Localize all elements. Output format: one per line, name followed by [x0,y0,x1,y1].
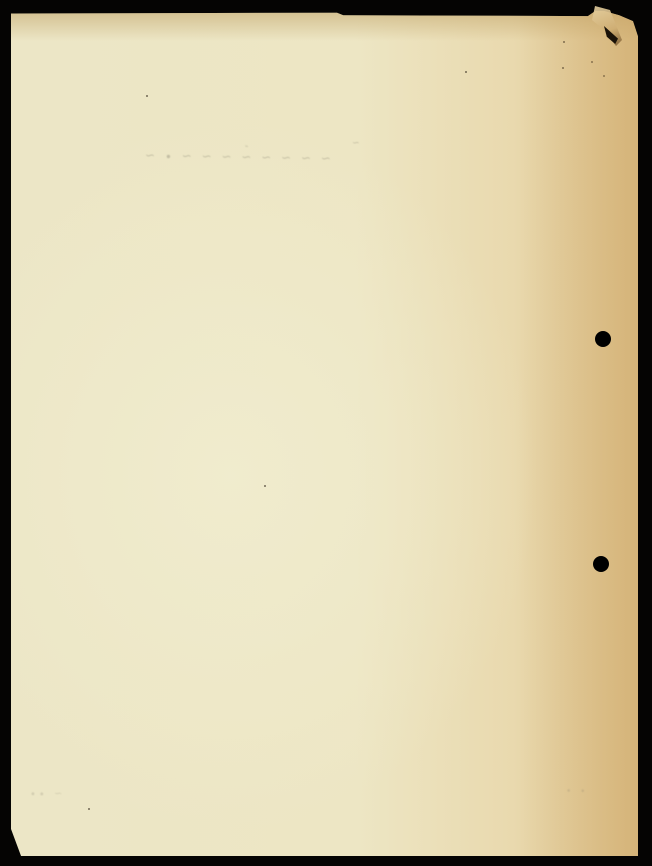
paper-speck [146,95,148,97]
paper-speck [264,485,266,487]
bleed-through-footer-right: • • [566,784,589,794]
paper-sheet [11,11,638,856]
punch-hole-upper [595,331,611,347]
punch-hole-lower [593,556,609,572]
paper-speck [88,808,90,810]
paper-speck [465,71,467,73]
paper-speck [591,61,593,63]
paper-speck [563,41,565,43]
paper-speck [603,75,605,77]
bleed-through-mark: ~ [352,137,363,147]
bleed-through-footer-left: •• ~ [30,787,66,799]
bleed-through-mark: ″ [245,137,252,147]
paper-speck [562,67,564,69]
